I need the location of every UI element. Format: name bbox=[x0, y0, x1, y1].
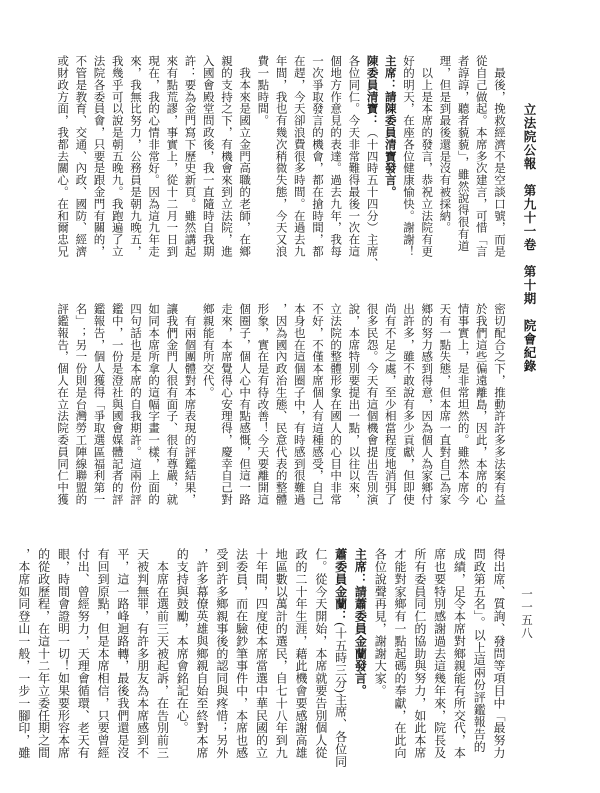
text-column: 成績，足令本席對鄉親能有所交代，本 bbox=[449, 548, 469, 766]
text-column: 評鑑報告，個人在立法院委員同仁中獲 bbox=[53, 303, 71, 508]
text-column: 鄉的努力感到得意，因為個人為家鄉付 bbox=[417, 303, 435, 508]
text-column: 鑑中，一份是澄社與國會媒體記者的評 bbox=[108, 303, 126, 508]
text-column: ，因為國內政治生態、民意代表的整體 bbox=[271, 303, 289, 508]
text-column: 立法院的整體形象在國人的心目中非常 bbox=[326, 303, 344, 508]
text-tier-middle: 密切配合之下，推動許許多多法案有益於我們這些偏遠離島，因此，本席的心情事實上，是… bbox=[52, 303, 508, 508]
text-column: 法院各委員會，只要是跟金門有關的， bbox=[89, 55, 107, 260]
text-column: ，本席如同登山一般，一步一腳印，雖 bbox=[13, 548, 33, 766]
gazette-page: 立法院公報 第九十一卷 第十期 院會紀錄 一一五八 最後，挽救經濟不是空談口號，… bbox=[0, 0, 600, 793]
text-column: 名」；另一份則是台灣勞工陣線聯盟的 bbox=[71, 303, 89, 508]
text-tier-top: 最後，挽救經濟不是空談口號，而是從自己做起。本席多次建言，可惜「言者諄諄，聽者藐… bbox=[52, 55, 508, 260]
text-column: 本席在選前三天被起訴，在告別前三 bbox=[152, 548, 172, 766]
text-column: 從自己做起。本席多次建言，可惜「言 bbox=[472, 55, 490, 260]
text-column: 政的二十年生涯，藉此機會要感謝高雄 bbox=[290, 548, 310, 766]
text-column: 入國會殿堂問政後，我一直隨時自我期 bbox=[199, 55, 217, 260]
gazette-header-title: 立法院公報 第九十一卷 第十期 院會紀錄 bbox=[520, 103, 538, 373]
text-column: 者諄諄，聽者藐藐」，雖然說得很有道 bbox=[453, 55, 471, 260]
speaker-label: 陳委員清寶： bbox=[366, 55, 378, 126]
text-tier-bottom: 得出席、質詢、發問等項目中「最努力問政第五名」。以上這兩份評鑑報告的成績，足令本… bbox=[12, 548, 508, 766]
text-column: 來，我無比努力，公務員是朝九晚五， bbox=[126, 55, 144, 260]
text-column: 許：要為金門寫下歷史新頁。雖然講起 bbox=[180, 55, 198, 260]
text-column: 四句話也是本席的自我期許。這兩份評 bbox=[126, 303, 144, 508]
text-column: 席也要特別感謝過去這幾年來，院長及 bbox=[429, 548, 449, 766]
text-column: 現在，我的心情非常好。因為這九年走 bbox=[144, 55, 162, 260]
text-column: 在趕，今天卻浪費很多時間。在過去九 bbox=[290, 55, 308, 260]
text-column: 得出席、質詢、發問等項目中「最努力 bbox=[488, 548, 508, 766]
text-column: 如同本席所拿的這幅字畫一樣，上面的 bbox=[144, 303, 162, 508]
text-column: 年間，我也有幾次稍微失態，今天又浪 bbox=[271, 55, 289, 260]
text-column: 親的支持之下，有機會來到立法院，進 bbox=[217, 55, 235, 260]
speaker-label: 蕭委員金蘭： bbox=[334, 548, 348, 622]
text-column: 有兩個團體對本席表現的評鑑結果， bbox=[180, 303, 198, 508]
text-column: 來有點荒謬，事實上，從十二月一日到 bbox=[162, 55, 180, 260]
text-column: 費一點時間。 bbox=[253, 55, 271, 260]
text-column: 主席：請蕭委員金蘭發言。 bbox=[350, 548, 370, 766]
text-column: 不好，不僅本席個人有這種感受，自己 bbox=[308, 303, 326, 508]
text-column: 十年間，四度使本席當選中華民國的立 bbox=[251, 548, 271, 766]
text-column: 出許多，雖不敢說有多少貢獻，但即使 bbox=[399, 303, 417, 508]
text-column: 個地方作意見的表達。過去九年，我每 bbox=[326, 55, 344, 260]
text-column: 受到許多鄉親事後的認同與疼惜；另外 bbox=[211, 548, 231, 766]
text-column: 理，但是到最後還是沒有被採納。 bbox=[435, 55, 453, 260]
text-column: 說，本席特別要提出一點，以往以來， bbox=[344, 303, 362, 508]
text-column: 的從政歷程，在這十二年立委任期之間 bbox=[33, 548, 53, 766]
text-column: 主席：請陳委員清寶發言。 bbox=[381, 55, 399, 260]
text-column: 最後，挽救經濟不是空談口號，而是 bbox=[490, 55, 508, 260]
text-column: 鄉親能有所交代。 bbox=[199, 303, 217, 508]
text-column: 各位同仁。今天非常難得最後一次在這 bbox=[344, 55, 362, 260]
text-column: 一次爭取發言的機會，都在搶時間，都 bbox=[308, 55, 326, 260]
text-column: 很多民怨。今天有這個機會提出告別演 bbox=[362, 303, 380, 508]
text-column: 好的明天，在座各位健康愉快。謝謝！ bbox=[399, 55, 417, 260]
text-column: 於我們這些偏遠離島，因此，本席的心 bbox=[472, 303, 490, 508]
text-column: 所有委員同仁的協助與努力，如此本席 bbox=[409, 548, 429, 766]
text-column: 有回到原點，但是本席相信，只要曾經 bbox=[92, 548, 112, 766]
text-column: 陳委員清寶：（十四時五十四分）主席、 bbox=[362, 55, 380, 260]
text-column: 天有一點失態，但本席一直對自己為家 bbox=[435, 303, 453, 508]
text-column: 鑑報告，個人獲得「爭取選區福利第一 bbox=[89, 303, 107, 508]
text-column: 走來，本席覺得心安理得，慶幸自己對 bbox=[217, 303, 235, 508]
text-column: 問政第五名」。以上這兩份評鑑報告的 bbox=[468, 548, 488, 766]
text-column: 個圈子，個人心中有點感慨，但這一路 bbox=[235, 303, 253, 508]
text-column: 的支持與鼓勵，本席會銘記在心。 bbox=[171, 548, 191, 766]
speaker-label: 主席：請陳委員清寶發言。 bbox=[384, 55, 396, 198]
page-number: 一一五八 bbox=[518, 588, 534, 640]
text-column: 仁。從今天開始，本席就要告別個人從 bbox=[310, 548, 330, 766]
speaker-label: 主席：請蕭委員金蘭發言。 bbox=[353, 548, 367, 697]
text-column: ，許多幕僚英雄與鄉親自始至終對本席 bbox=[191, 548, 211, 766]
text-column: 才能對家鄉有一點起碼的奉獻，在此向 bbox=[389, 548, 409, 766]
text-column: 天被判無罪，有許多朋友為本席感到不 bbox=[132, 548, 152, 766]
text-column: 眼，時間會證明一切！如果要形容本席 bbox=[53, 548, 73, 766]
text-column: 密切配合之下，推動許許多多法案有益 bbox=[490, 303, 508, 508]
text-column: 平，這一路峰迴路轉，最後我們還是沒 bbox=[112, 548, 132, 766]
text-column: 地區數以萬計的選民，自七十八年到九 bbox=[270, 548, 290, 766]
text-column: 情事實上，是非常坦然的。雖然本席今 bbox=[453, 303, 471, 508]
text-column: 我本來是國立金門高職的老師，在鄉 bbox=[235, 55, 253, 260]
text-column: 法委員，而在驗鈔筆事件中，本席也感 bbox=[231, 548, 251, 766]
text-column: 或財政方面，我都去關心。在和爾忠兄 bbox=[53, 55, 71, 260]
text-column: 以上是本席的發言，恭祝立法院有更 bbox=[417, 55, 435, 260]
text-column: 不管是教育、交通、內政、國防、經濟 bbox=[71, 55, 89, 260]
text-column: 尚有不足之處，至少相當程度地消弭了 bbox=[381, 303, 399, 508]
text-column: 各位說聲再見，謝謝大家。 bbox=[369, 548, 389, 766]
text-column: 讓我們金門人很有面子、很有尊嚴，就 bbox=[162, 303, 180, 508]
text-column: 形象，實在是有待改善！今天要離開這 bbox=[253, 303, 271, 508]
text-column: 付出、曾經努力，天理會循環、老天有 bbox=[72, 548, 92, 766]
text-column: 蕭委員金蘭：(十五時三分)主席、各位同 bbox=[330, 548, 350, 766]
text-column: 本身也在這個圈子中，有時感到很難過 bbox=[290, 303, 308, 508]
text-column: 我幾乎可以說是朝五晚九。我跑遍了立 bbox=[108, 55, 126, 260]
